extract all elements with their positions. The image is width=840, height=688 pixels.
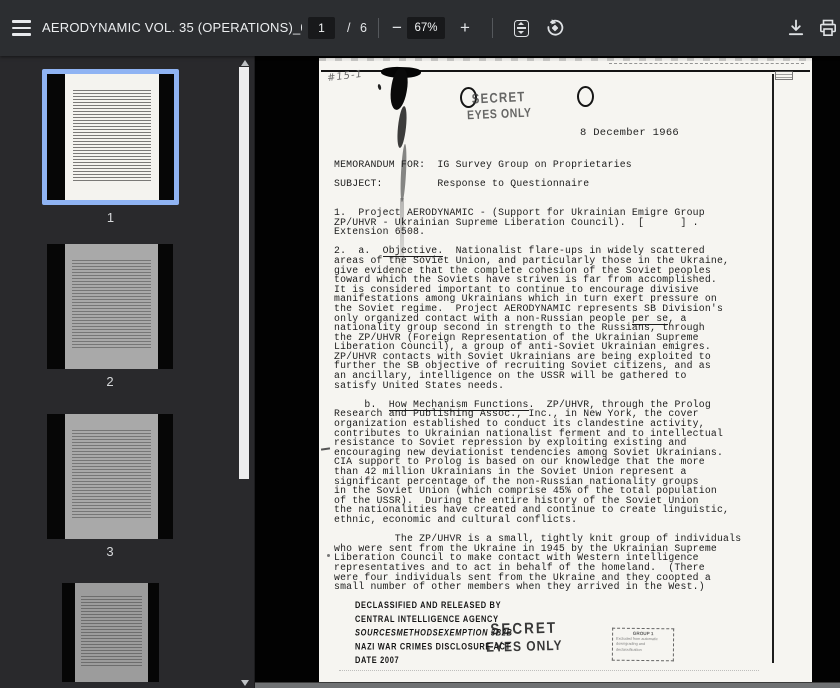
memo-line: ethnic, economic and cultural conflicts. <box>334 515 741 525</box>
ink-blot <box>396 106 408 149</box>
fit-to-page-icon <box>514 20 529 37</box>
thumbnail-page-number: 2 <box>47 374 173 389</box>
download-button[interactable] <box>783 16 809 40</box>
margin-mark <box>327 554 330 557</box>
memo-line: Extension 6508. <box>334 227 741 237</box>
thumbnail-page-number: 3 <box>47 544 173 559</box>
memo-line <box>334 189 741 199</box>
rotate-ccw-icon <box>545 18 565 38</box>
scan-dotted-line <box>339 670 759 671</box>
menu-icon[interactable] <box>12 16 38 40</box>
printer-icon <box>818 18 838 38</box>
scroll-down-icon[interactable] <box>239 678 250 687</box>
page-count-label: / 6 <box>347 17 370 39</box>
memo-line: small number of other members when they … <box>334 582 741 592</box>
thumbnail-image[interactable] <box>47 414 173 539</box>
scan-dotted-line <box>609 63 804 64</box>
thumbnail-image[interactable] <box>62 583 159 682</box>
document-page: #15-1 SECRET EYES ONLY 8 December 1966 M… <box>319 58 812 682</box>
thumbnail-image[interactable] <box>42 69 179 205</box>
toolbar-divider <box>492 18 493 38</box>
thumbnail-page-2[interactable]: 2 <box>47 244 173 369</box>
scan-noise <box>319 58 812 61</box>
scan-bottom-edge <box>255 682 840 683</box>
declass-stamp-line: DECLASSIFIED AND RELEASED BY <box>355 598 513 612</box>
thumbnail-page-3[interactable]: 3 <box>47 414 173 539</box>
group-stamp-line: declassification <box>616 647 670 653</box>
memo-text: MEMORANDUM FOR: IG Survey Group on Propr… <box>334 160 741 592</box>
memo-line: MEMORANDUM FOR: IG Survey Group on Propr… <box>334 160 741 170</box>
document-title: AERODYNAMIC VOL. 35 (OPERATIONS)_0... <box>42 0 302 56</box>
thumbnail-image[interactable] <box>47 244 173 369</box>
group-1-stamp: GROUP 1Excluded from automaticdowngradin… <box>612 628 674 662</box>
memo-line: SUBJECT: Response to Questionnaire <box>334 179 741 189</box>
sidebar-scrollbar-thumb[interactable] <box>239 67 249 479</box>
zoom-in-button[interactable]: + <box>452 16 478 40</box>
thumbnail-page-1[interactable]: 1 <box>42 69 179 205</box>
thumbnail-page-4[interactable] <box>62 583 159 682</box>
fit-to-page-button[interactable] <box>508 16 534 40</box>
document-viewer: #15-1 SECRET EYES ONLY 8 December 1966 M… <box>255 56 840 688</box>
margin-mark <box>321 447 330 450</box>
document-date: 8 December 1966 <box>580 127 679 139</box>
secret-eyes-only-stamp-top: SECRET EYES ONLY <box>458 90 539 123</box>
page-number-input[interactable]: 1 <box>308 17 335 39</box>
rotate-button[interactable] <box>542 16 568 40</box>
pdf-toolbar: AERODYNAMIC VOL. 35 (OPERATIONS)_0... 1 … <box>0 0 840 56</box>
thumbnail-sidebar: 123 <box>0 56 255 688</box>
corner-stamp-mark <box>775 71 793 80</box>
memo-line: satisfy United States needs. <box>334 381 741 391</box>
page-crease-line <box>772 74 774 663</box>
scroll-up-icon[interactable] <box>239 58 250 67</box>
toolbar-divider <box>378 18 379 38</box>
thumbnail-page-number: 1 <box>42 210 179 225</box>
download-icon <box>786 18 806 38</box>
zoom-level-input[interactable]: 67% <box>407 17 445 39</box>
print-button[interactable] <box>815 16 840 40</box>
ink-blot <box>377 84 381 91</box>
hole-punch-mark <box>577 86 594 107</box>
secret-eyes-only-stamp-bottom: SECRET EYES ONLY <box>479 619 570 656</box>
scanned-page-background: #15-1 SECRET EYES ONLY 8 December 1966 M… <box>255 56 840 682</box>
